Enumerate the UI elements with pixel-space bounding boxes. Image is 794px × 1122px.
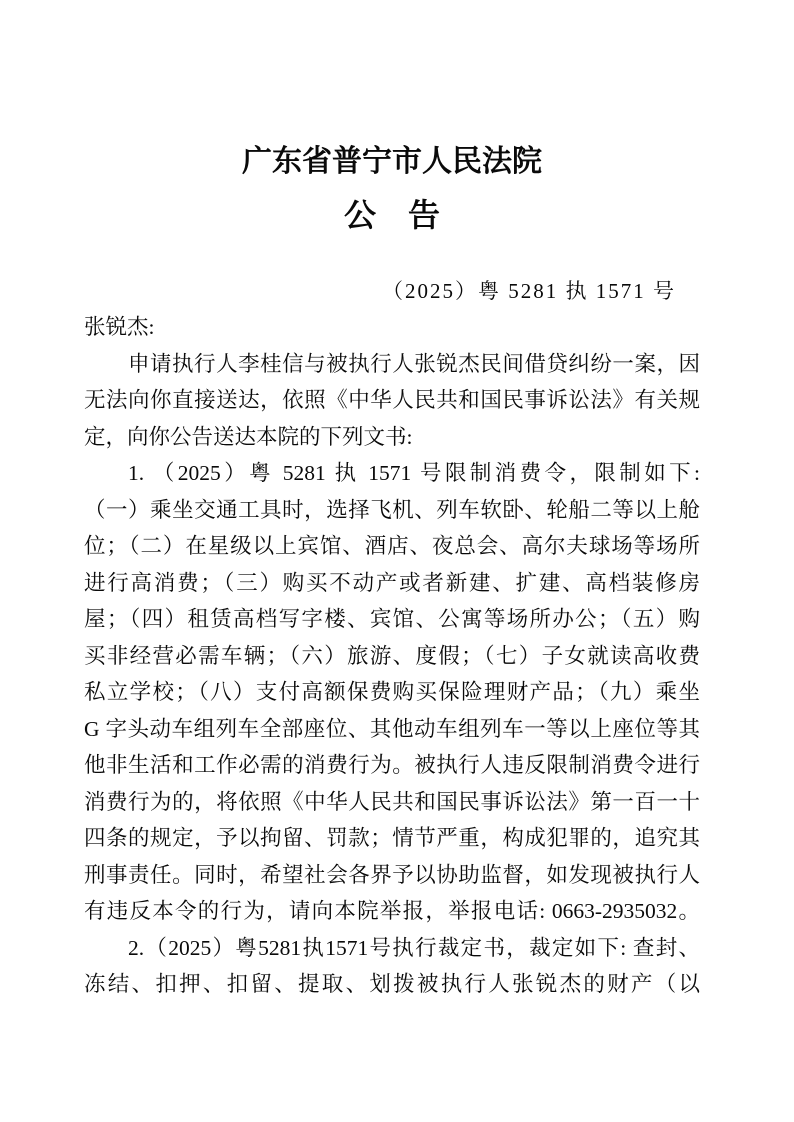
body-line: 刑事责任。同时，希望社会各界予以协助监督，如发现被执行人 xyxy=(84,857,700,894)
body-line: 他非生活和工作必需的消费行为。被执行人违反限制消费令进行 xyxy=(84,747,700,784)
body-line: （一）乘坐交通工具时，选择飞机、列车软卧、轮船二等以上舱 xyxy=(84,492,700,529)
body-line: 位；（二）在星级以上宾馆、酒店、夜总会、高尔夫球场等场所 xyxy=(84,528,700,565)
body-line: 进行高消费；（三）购买不动产或者新建、扩建、高档装修房 xyxy=(84,565,700,602)
body-line: 消费行为的，将依照《中华人民共和国民事诉讼法》第一百一十 xyxy=(84,784,700,821)
court-name: 广东省普宁市人民法院 xyxy=(84,0,700,182)
body-line: 买非经营必需车辆；（六）旅游、度假；（七）子女就读高收费 xyxy=(84,638,700,675)
body-line: 无法向你直接送达，依照《中华人民共和国民事诉讼法》有关规 xyxy=(84,382,700,419)
body-line: 私立学校；（八）支付高额保费购买保险理财产品；（九）乘坐 xyxy=(84,674,700,711)
body-line: 1. （2025）粤 5281 执 1571 号限制消费令，限制如下: xyxy=(84,455,700,492)
body-line: G 字头动车组列车全部座位、其他动车组列车一等以上座位等其 xyxy=(84,711,700,748)
body-line: 四条的规定，予以拘留、罚款；情节严重，构成犯罪的，追究其 xyxy=(84,820,700,857)
announcement-title: 公 告 xyxy=(84,194,700,236)
body-line: 屋；（四）租赁高档写字楼、宾馆、公寓等场所办公；（五）购 xyxy=(84,601,700,638)
document-page: 广东省普宁市人民法院 公 告 （2025）粤 5281 执 1571 号 张锐杰… xyxy=(0,0,794,1122)
document-body: 张锐杰: 申请执行人李桂信与被执行人张锐杰民间借贷纠纷一案，因 无法向你直接送达… xyxy=(84,309,700,1003)
body-line: 冻结、扣押、扣留、提取、划拨被执行人张锐杰的财产（以 xyxy=(84,966,700,1003)
body-line: 申请执行人李桂信与被执行人张锐杰民间借贷纠纷一案，因 xyxy=(84,346,700,383)
body-line: 有违反本令的行为，请向本院举报，举报电话: 0663-2935032。 xyxy=(84,893,700,930)
document-content: 广东省普宁市人民法院 公 告 （2025）粤 5281 执 1571 号 张锐杰… xyxy=(0,0,794,1003)
body-line: 2.（2025）粤5281执1571号执行裁定书，裁定如下: 查封、 xyxy=(84,930,700,967)
addressee-line: 张锐杰: xyxy=(84,309,700,346)
case-number: （2025）粤 5281 执 1571 号 xyxy=(84,276,700,306)
body-line: 定，向你公告送达本院的下列文书: xyxy=(84,419,700,456)
